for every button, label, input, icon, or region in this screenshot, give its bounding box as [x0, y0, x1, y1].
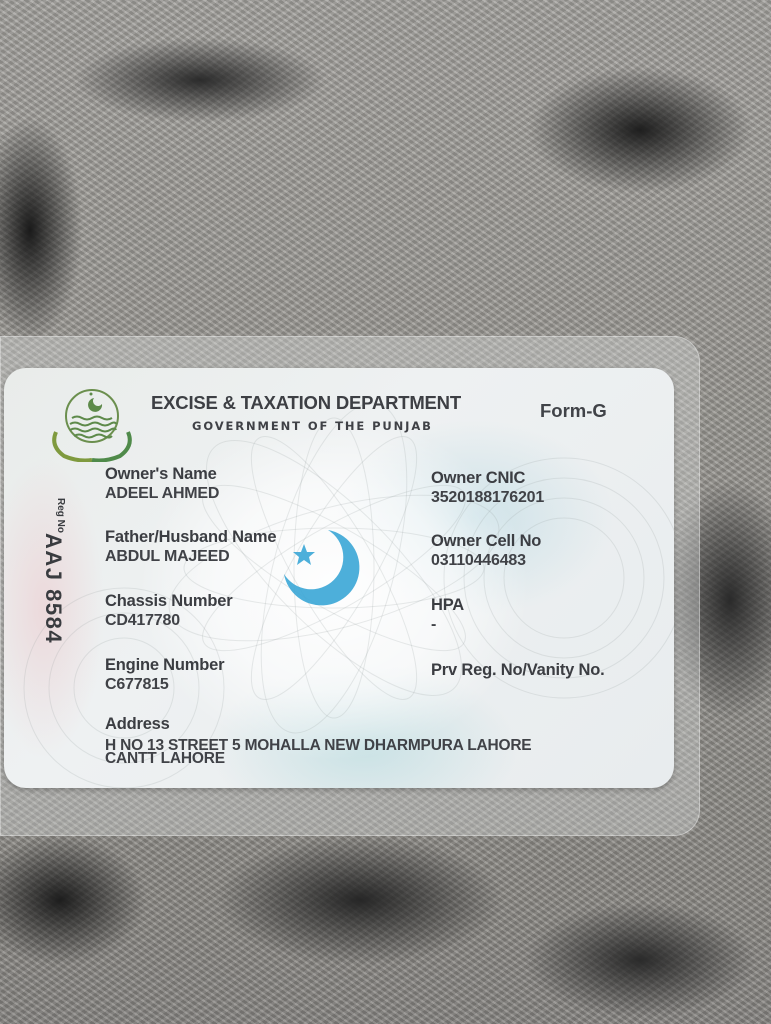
prv-reg-vanity-label: Prv Reg. No/Vanity No. [431, 660, 604, 680]
hpa-field: HPA - [431, 595, 464, 635]
form-type-label: Form-G [540, 400, 607, 422]
prv-reg-vanity-field: Prv Reg. No/Vanity No. [431, 660, 604, 680]
vehicle-registration-card: EXCISE & TAXATION DEPARTMENT GOVERNMENT … [4, 368, 674, 788]
owner-cell-label: Owner Cell No [431, 531, 541, 551]
registration-label: Reg No [55, 498, 66, 533]
owner-cnic-field: Owner CNIC 3520188176201 [431, 468, 544, 508]
chassis-number-value: CD417780 [105, 611, 232, 631]
registration-value: AAJ 8584 [40, 533, 66, 644]
department-title: EXCISE & TAXATION DEPARTMENT [151, 392, 461, 414]
father-husband-name-label: Father/Husband Name [105, 527, 276, 547]
owner-cell-field: Owner Cell No 03110446483 [431, 531, 541, 571]
hpa-label: HPA [431, 595, 464, 615]
owner-cell-value: 03110446483 [431, 551, 541, 571]
engine-number-value: C677815 [105, 675, 224, 695]
registration-number: Reg No AAJ 8584 [26, 498, 66, 658]
hpa-value: - [431, 615, 464, 635]
owner-name-label: Owner's Name [105, 464, 219, 484]
engine-number-label: Engine Number [105, 655, 224, 675]
chassis-number-field: Chassis Number CD417780 [105, 591, 232, 631]
punjab-emblem-icon [42, 380, 142, 462]
father-husband-name-value: ABDUL MAJEED [105, 547, 276, 567]
address-label: Address [105, 714, 531, 734]
chassis-number-label: Chassis Number [105, 591, 232, 611]
address-value: H NO 13 STREET 5 MOHALLA NEW DHARMPURA L… [105, 734, 531, 765]
owner-cnic-value: 3520188176201 [431, 488, 544, 508]
owner-name-field: Owner's Name ADEEL AHMED [105, 464, 219, 504]
father-husband-name-field: Father/Husband Name ABDUL MAJEED [105, 527, 276, 567]
crescent-star-icon [280, 526, 370, 611]
government-subtitle: GOVERNMENT OF THE PUNJAB [192, 419, 433, 433]
address-field: Address H NO 13 STREET 5 MOHALLA NEW DHA… [105, 714, 531, 765]
engine-number-field: Engine Number C677815 [105, 655, 224, 695]
owner-cnic-label: Owner CNIC [431, 468, 544, 488]
owner-name-value: ADEEL AHMED [105, 484, 219, 504]
